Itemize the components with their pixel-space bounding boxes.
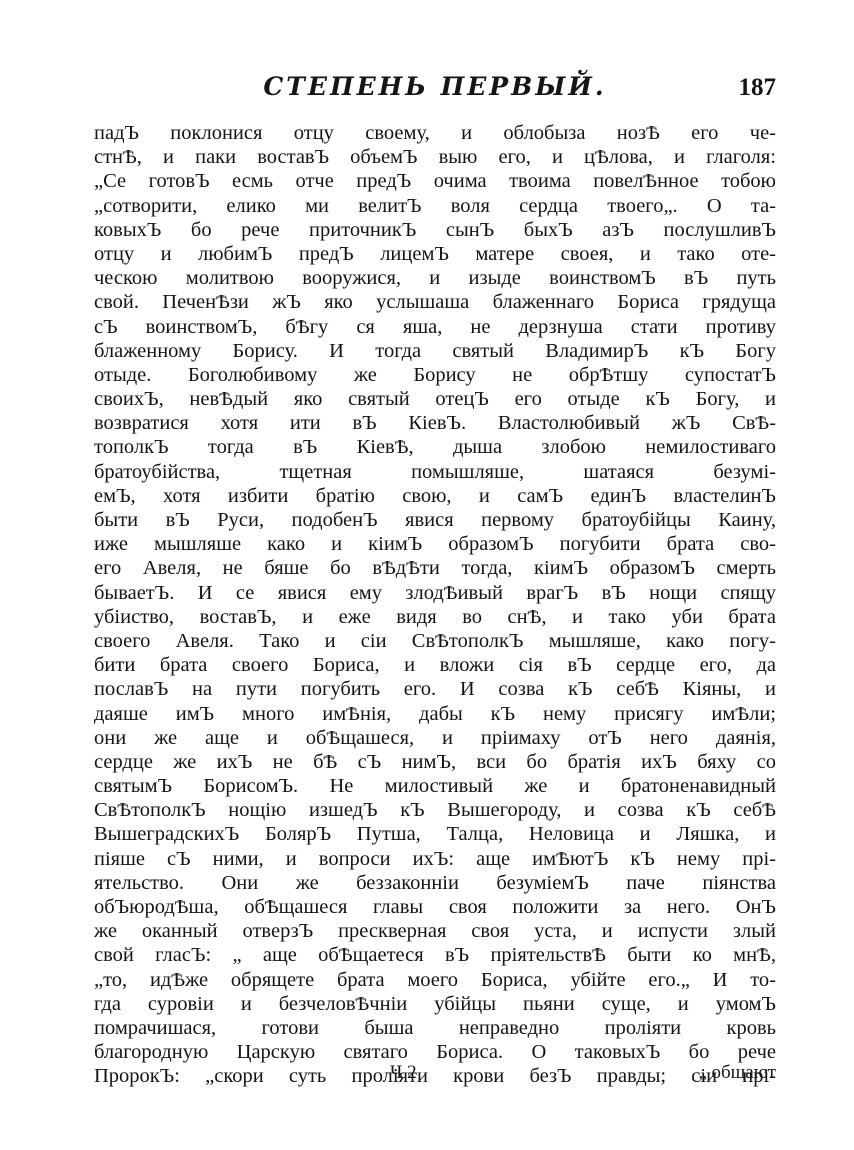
signature-mark: Ч 2 [390,1062,417,1084]
text-line: сердце же ихЪ не бѢ сЪ нимЪ, вси бо брат… [94,750,776,774]
catchword: „ общают [698,1062,776,1084]
page-number: 187 [739,74,777,102]
book-page: СТЕПЕНЬ ПЕРВЫЙ. 187 падЪ поклонися отцу … [0,0,854,1150]
text-line: отыде. Боголюбивому же Борису не обрѢтшу… [94,363,776,387]
text-line: даяше имЪ много имѢнія, дабы кЪ нему при… [94,702,776,726]
running-head: СТЕПЕНЬ ПЕРВЫЙ. 187 [94,70,776,106]
text-line: свой гласЪ: „ аще обѢщаетеся вЪ пріятель… [94,943,776,967]
text-line: отцу и любимЪ предЪ лицемЪ матере своея,… [94,242,776,266]
text-line: святымЪ БорисомЪ. Не милостивый же и бра… [94,774,776,798]
text-line: „Се готовЪ есмь отче предЪ очима твоима … [94,169,776,193]
text-line: тополкЪ тогда вЪ КіевѢ, дыша злобою неми… [94,435,776,459]
text-line: помрачишася, готови быша неправедно прол… [94,1016,776,1040]
text-line: ВышеградскихЪ БолярЪ Путша, Талца, Нелов… [94,822,776,846]
chapter-title: СТЕПЕНЬ ПЕРВЫЙ. [94,72,776,101]
text-line: блаженному Борису. И тогда святый Владим… [94,339,776,363]
text-line: свой. ПеченѢзи жЪ яко услышаша блаженнаг… [94,290,776,314]
text-line: стнѢ, и паки воставЪ объемЪ выю его, и ц… [94,145,776,169]
text-line: гда суровіи и безчеловѢчніи убійцы пьяни… [94,992,776,1016]
text-line: же оканный отверзЪ прескверная своя уста… [94,919,776,943]
text-line: ческою молитвою вооружися, и изыде воинс… [94,266,776,290]
text-line: иже мышляше како и кіимЪ образомЪ погуби… [94,532,776,556]
text-line: быти вЪ Руси, подобенЪ явися первому бра… [94,508,776,532]
text-line: своего Авеля. Тако и сіи СвѢтополкЪ мышл… [94,629,776,653]
text-line: благородную Царскую святаго Бориса. О та… [94,1040,776,1064]
page-footer: Ч 2 „ общают [94,1062,776,1090]
text-line: возвратися хотя ити вЪ КіевЪ. Властолюби… [94,411,776,435]
text-line: братоубійства, тщетная помышляше, шатаяс… [94,460,776,484]
text-line: его Авеля, не бяше бо вѢдѢти тогда, кіим… [94,556,776,580]
text-line: они же аще и обѢщашеся, и пріимаху отЪ н… [94,726,776,750]
text-line: сЪ воинствомЪ, бѢгу ся яша, не дерзнуша … [94,315,776,339]
body-text: падЪ поклонися отцу своему, и облобыза н… [94,121,776,1089]
text-line: убіиство, воставЪ, и еже видя во снѢ, и … [94,605,776,629]
text-line: СвѢтополкЪ нощію изшедЪ кЪ Вышегороду, и… [94,798,776,822]
text-line: бываетЪ. И се явися ему злодѢивый врагЪ … [94,581,776,605]
text-line: ковыхЪ бо рече приточникЪ сынЪ быхЪ азЪ … [94,218,776,242]
text-line: обЪюродѢша, обѢщашеся главы своя положит… [94,895,776,919]
text-line: пославЪ на пути погубить его. И созва кЪ… [94,677,776,701]
text-line: своихЪ, невѢдый яко святый отецЪ его оты… [94,387,776,411]
text-line: ятельство. Они же беззаконніи безуміемЪ … [94,871,776,895]
text-line: піяше сЪ ними, и вопроси ихЪ: аще имѢютЪ… [94,847,776,871]
text-line: бити брата своего Бориса, и вложи сія вЪ… [94,653,776,677]
text-line: „то, идѢже обрящете брата моего Бориса, … [94,968,776,992]
text-line: падЪ поклонися отцу своему, и облобыза н… [94,121,776,145]
text-line: „сотворити, елико ми велитЪ воля сердца … [94,194,776,218]
text-line: емЪ, хотя избити братію свою, и самЪ еди… [94,484,776,508]
